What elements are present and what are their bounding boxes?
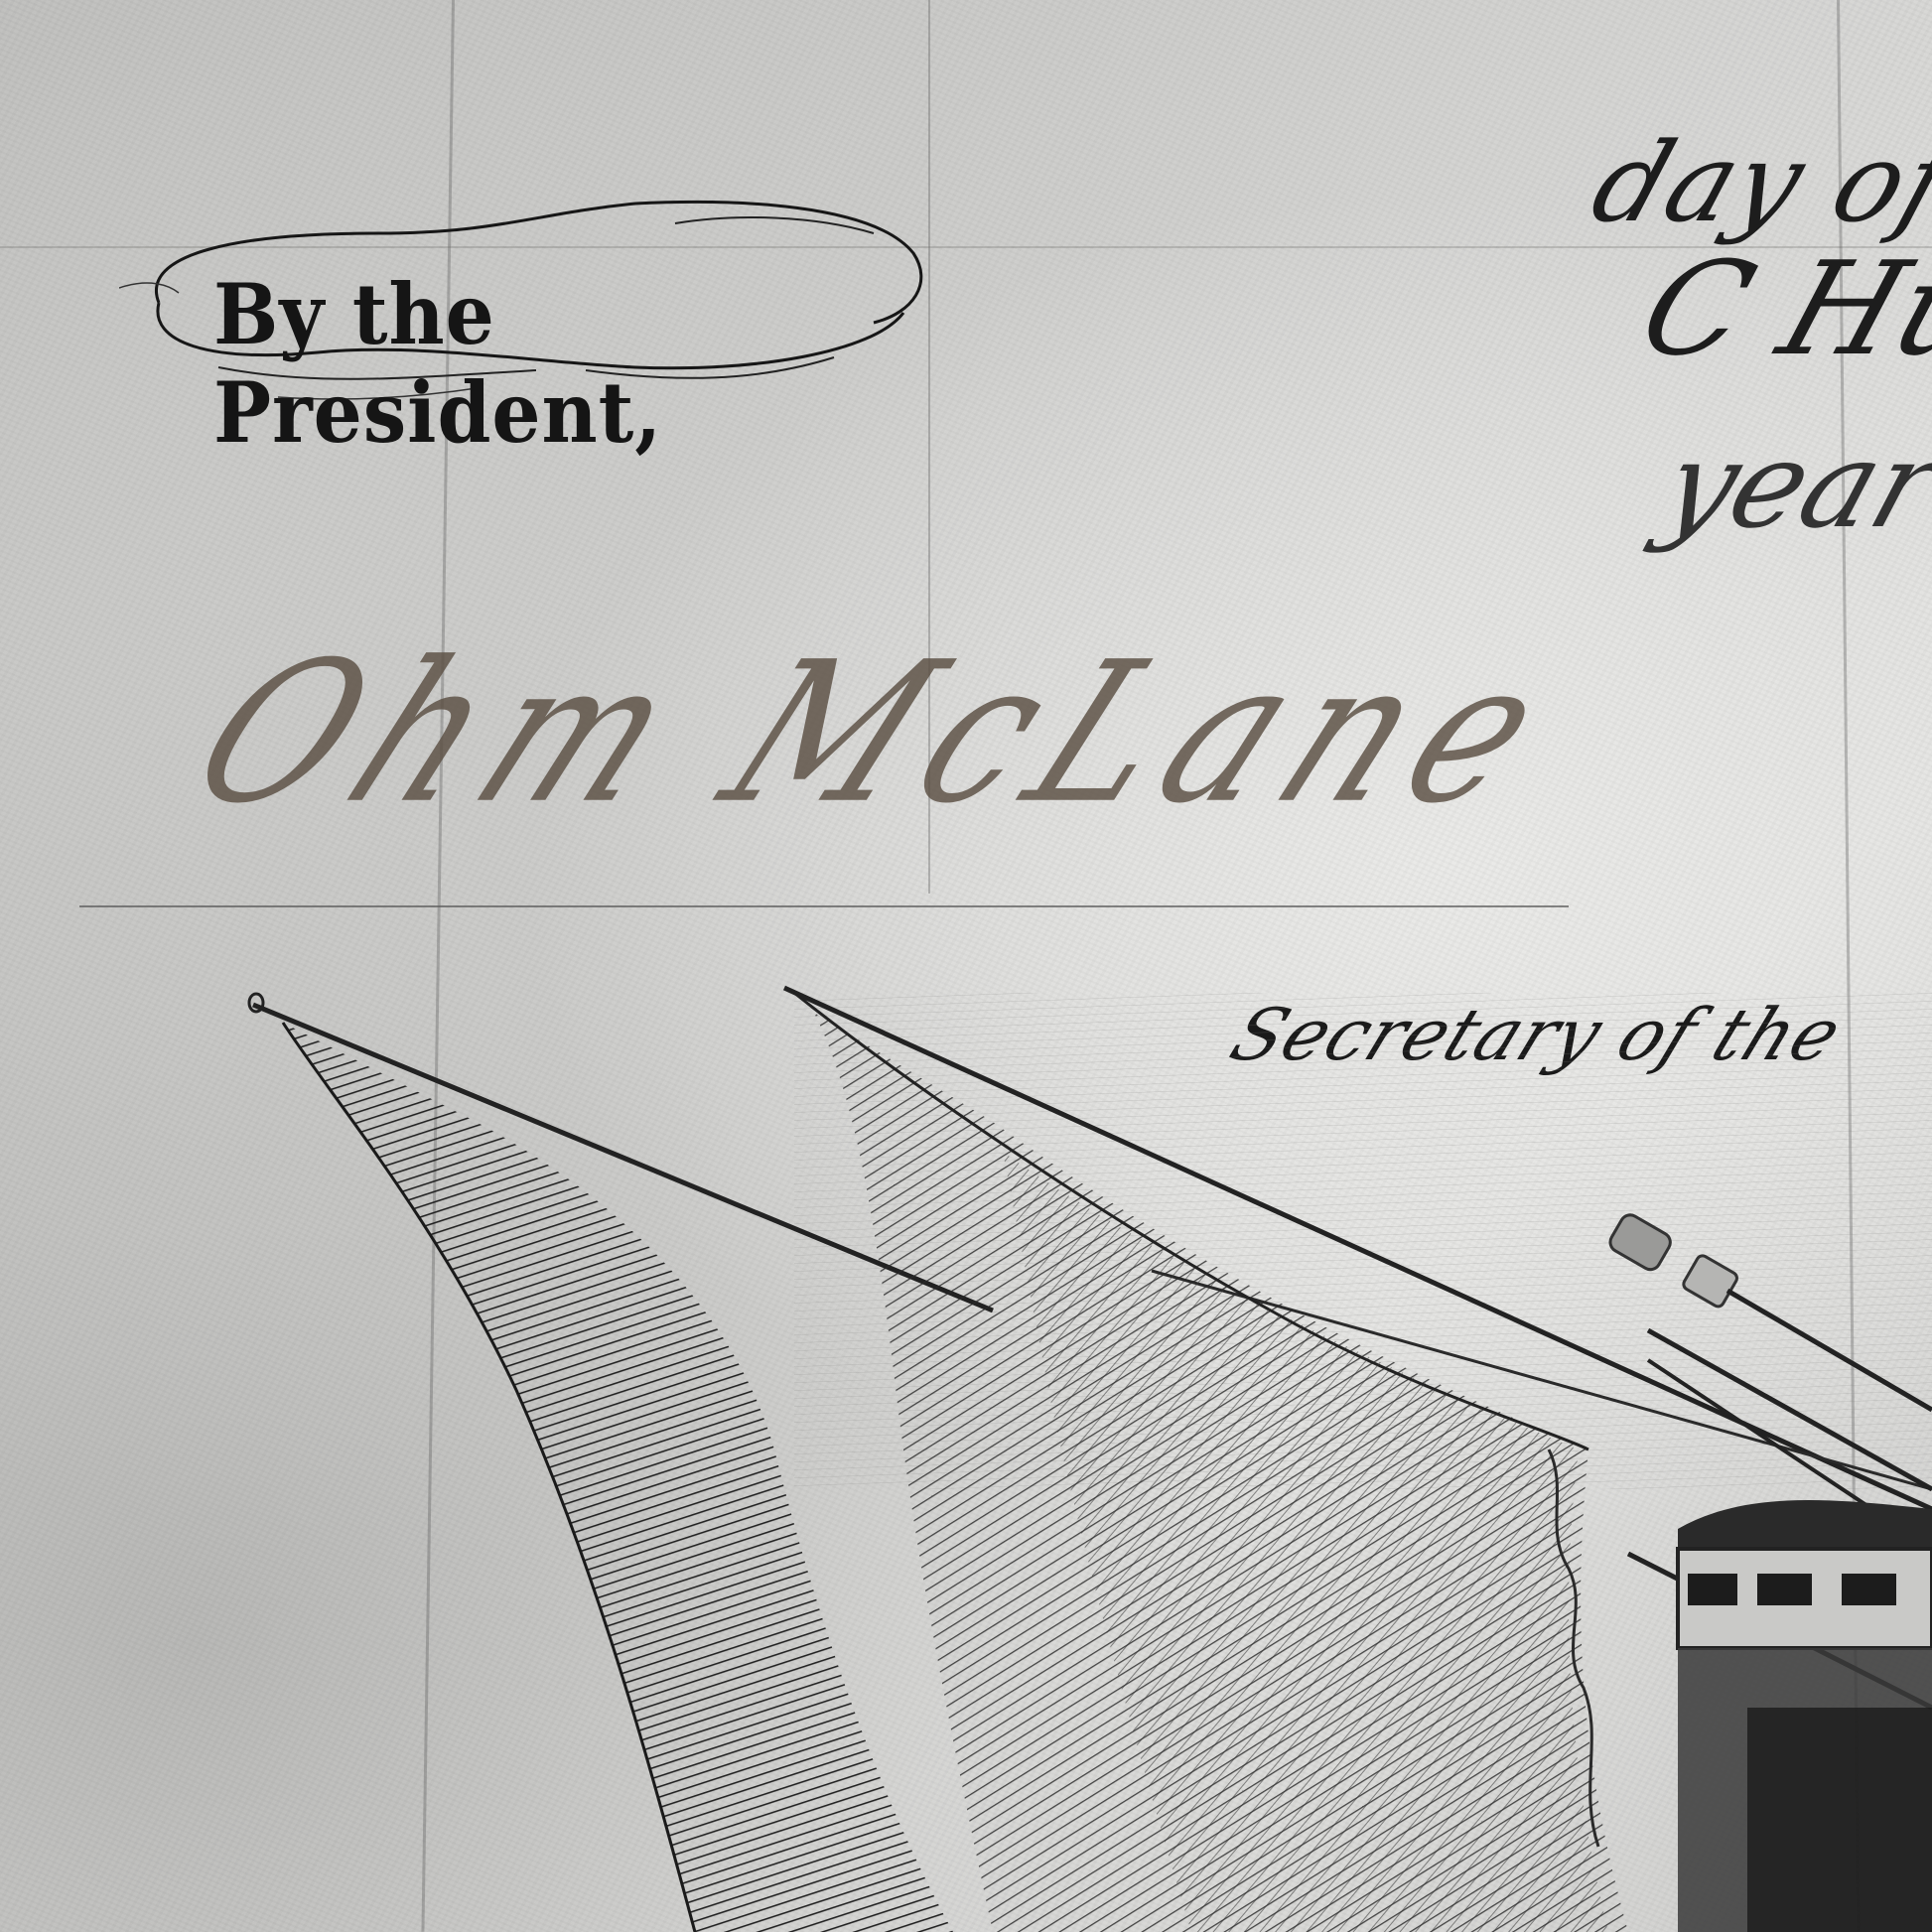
document-paper: By the President, day of C Hu year Ohm M… xyxy=(0,0,1932,1932)
script-year: year xyxy=(1645,417,1932,555)
ship-engraving-illustration xyxy=(0,894,1932,1932)
script-fragment: C Hu xyxy=(1623,233,1932,384)
script-day-of: day of xyxy=(1578,119,1932,246)
deck-house-icon xyxy=(1678,1500,1932,1932)
heading-cartouche: By the President, xyxy=(119,194,1013,412)
heading-by-the-president: By the President, xyxy=(213,265,949,462)
handwritten-signature: Ohm McLane xyxy=(161,621,1594,847)
